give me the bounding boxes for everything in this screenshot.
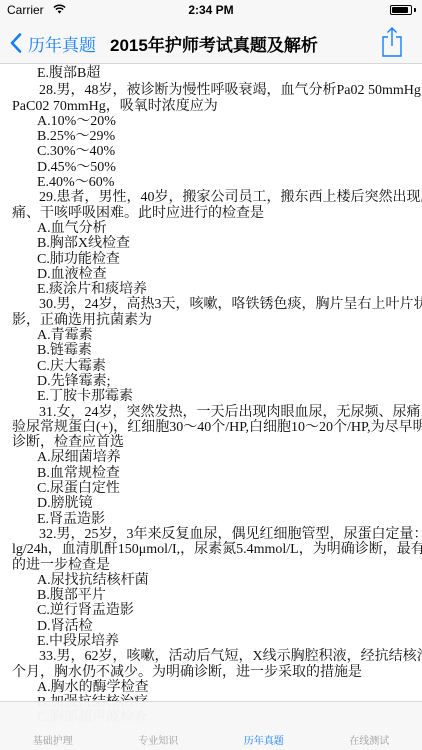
status-bar: Carrier 2:34 PM (0, 0, 422, 20)
option-c: C.庆大霉素 (0, 359, 422, 374)
tab-professional-knowledge[interactable]: 专业知识 (106, 702, 212, 750)
tab-bar: 基础护理 专业知识 历年真题 在线测试 (0, 701, 422, 750)
doc-line: 诊断，检查应首选 (0, 435, 422, 450)
option-d: D.45%～50% (0, 160, 422, 175)
doc-line: 验尿常规蛋白(+)，红细胞30～40个/HP,白细胞10～20个/HP,为尽早明… (0, 420, 422, 435)
option-b: B.腹部平片 (0, 588, 422, 603)
battery-icon (390, 5, 412, 15)
tab-basic-nursing[interactable]: 基础护理 (0, 702, 106, 750)
option-c: C.30%～40% (0, 144, 422, 159)
top-bar: Carrier 2:34 PM 历年真题 2015年护师考试真题及解析 (0, 0, 422, 64)
document-text: D.腹部CT E.腹部B超 28.男，48岁，被诊断为慢性呼吸衰竭，血气分析Pa… (0, 51, 422, 726)
question-33: 33.男，62岁，咳嗽，活动后气短，X线示胸腔积液，经抗结核治疗2 (0, 649, 422, 664)
question-29: 29.患者，男性，40岁，搬家公司员工，搬东西上楼后突然出现胸 (0, 190, 422, 205)
battery-tip (414, 8, 416, 12)
option-a: A.胸水的酶学检查 (0, 680, 422, 695)
navigation-bar: 历年真题 2015年护师考试真题及解析 (0, 20, 422, 64)
document-scroll-view[interactable]: D.腹部CT E.腹部B超 28.男，48岁，被诊断为慢性呼吸衰竭，血气分析Pa… (0, 0, 422, 750)
page-title: 2015年护师考试真题及解析 (110, 31, 318, 56)
doc-line: E.腹部B超 (0, 66, 422, 81)
option-a: A.尿找抗结核杆菌 (0, 573, 422, 588)
share-icon[interactable] (380, 26, 404, 58)
back-button[interactable]: 历年真题 (10, 30, 96, 56)
option-a: A.尿细菌培养 (0, 450, 422, 465)
option-b: B.25%～29% (0, 129, 422, 144)
option-b: B.血常规检查 (0, 466, 422, 481)
option-d: D.肾活检 (0, 619, 422, 634)
status-time: 2:34 PM (0, 3, 422, 17)
chevron-left-icon (10, 33, 22, 53)
option-c: C.肺功能检查 (0, 252, 422, 267)
question-32: 32.男，25岁，3年来反复血尿，偶见红细胞管型，尿蛋白定量： (0, 527, 422, 542)
option-b: B.胸部X线检查 (0, 236, 422, 251)
option-a: A.青霉素 (0, 328, 422, 343)
doc-line: 影，正确选用抗菌素为 (0, 313, 422, 328)
option-e: E.丁胺卡那霉素 (0, 389, 422, 404)
tab-label: 历年真题 (211, 732, 317, 747)
tab-past-exams[interactable]: 历年真题 (211, 702, 317, 750)
option-d: D.膀胱镜 (0, 496, 422, 511)
option-e: E.痰涂片和痰培养 (0, 282, 422, 297)
doc-line: 个月，胸水仍不减少。为明确诊断，进一步采取的措施是 (0, 665, 422, 680)
question-31: 31.女，24岁，突然发热，一天后出现肉眼血尿，无尿频、尿痛，化 (0, 405, 422, 420)
tab-label: 基础护理 (0, 732, 106, 747)
tab-online-test[interactable]: 在线测试 (317, 702, 422, 750)
question-28: 28.男，48岁，被诊断为慢性呼吸衰竭，血气分析Pa02 50mmHg， (0, 83, 422, 98)
screen: D.腹部CT E.腹部B超 28.男，48岁，被诊断为慢性呼吸衰竭，血气分析Pa… (0, 0, 422, 750)
doc-line: 痛、干咳呼吸困难。此时应进行的检查是 (0, 206, 422, 221)
option-d: D.先锋霉素; (0, 374, 422, 389)
option-d: D.血液检查 (0, 267, 422, 282)
option-e: E.肾盂造影 (0, 512, 422, 527)
tab-label: 专业知识 (106, 732, 212, 747)
option-a: A.10%～20% (0, 114, 422, 129)
option-c: C.尿蛋白定性 (0, 481, 422, 496)
doc-line: lg/24h，血清肌酐150μmol/I,，尿素氮5.4mmol/L，为明确诊断… (0, 542, 422, 557)
option-b: B.链霉素 (0, 343, 422, 358)
option-e: E.40%～60% (0, 175, 422, 190)
question-30: 30.男，24岁，高热3天，咳嗽，咯铁锈色痰，胸片呈右上叶片状阴 (0, 297, 422, 312)
option-e: E.中段尿培养 (0, 634, 422, 649)
doc-line: 的进一步检查是 (0, 558, 422, 573)
option-a: A.血气分析 (0, 221, 422, 236)
option-c: C.逆行肾盂造影 (0, 603, 422, 618)
tab-label: 在线测试 (317, 732, 422, 747)
back-button-label: 历年真题 (28, 31, 96, 56)
doc-line: PaC02 70mmHg，吸氧时浓度应为 (0, 99, 422, 114)
